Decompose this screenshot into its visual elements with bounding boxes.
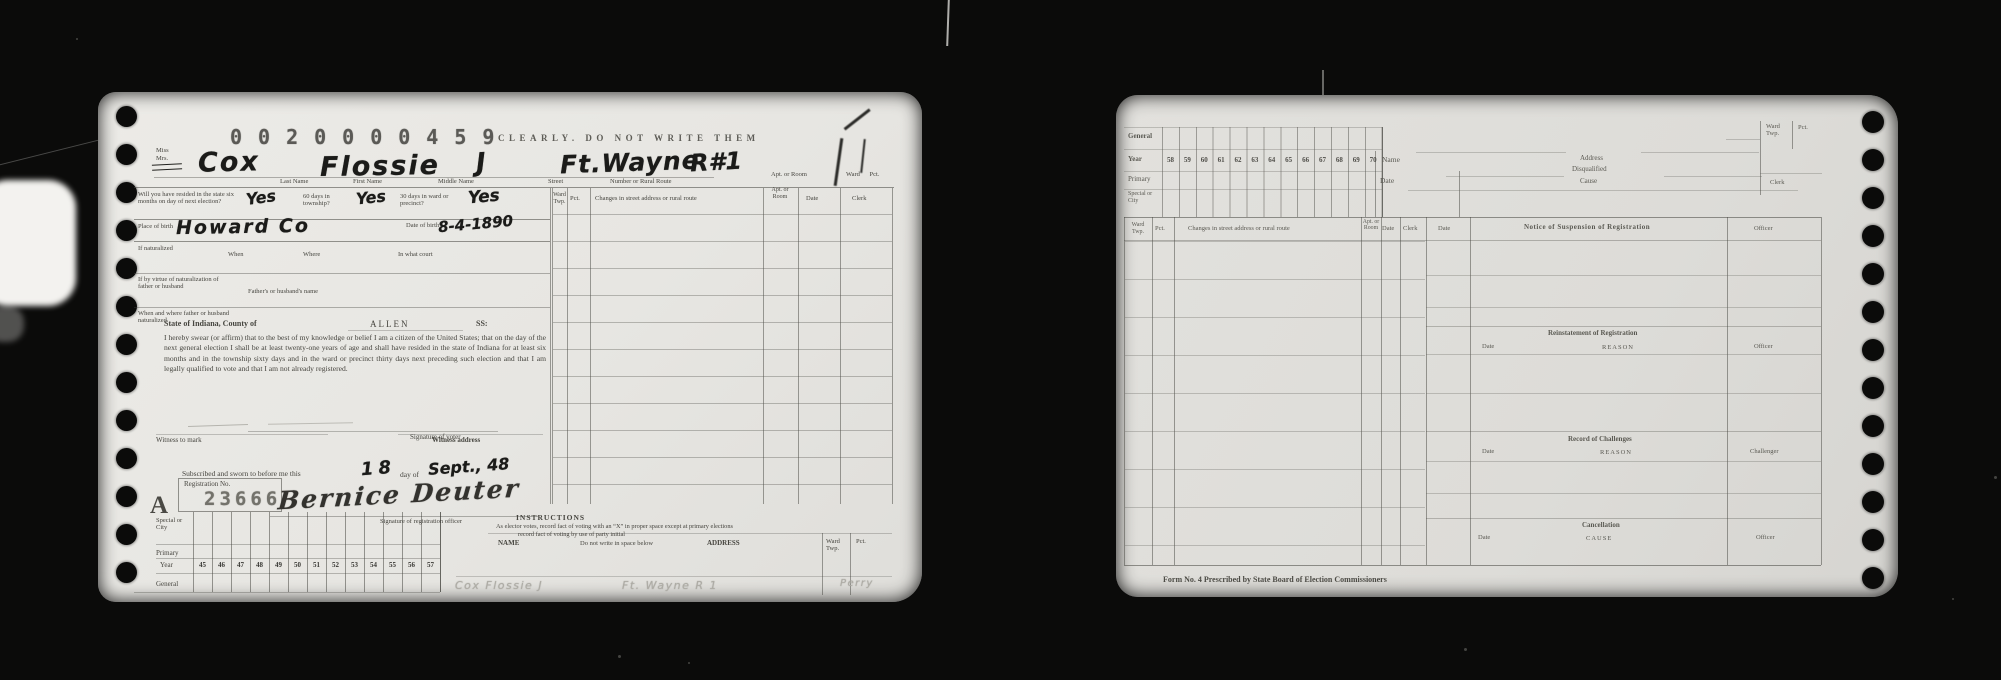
rule-line [134, 273, 550, 274]
rule-line [1124, 189, 1382, 190]
year-cells: 58596061626364656667686970 [1162, 156, 1382, 164]
year-label: Year [160, 562, 173, 570]
witness-address-label: Witness address [432, 437, 480, 445]
reinstatement-date-header: Date [1482, 343, 1494, 350]
rule-line [1426, 307, 1821, 308]
sprocket-holes-right [1862, 111, 1884, 589]
signature-line [248, 431, 498, 432]
in-what-court-label: In what court [398, 251, 433, 258]
challenges-title: Record of Challenges [1568, 436, 1632, 444]
address-column-label: ADDRESS [707, 540, 740, 548]
rule-line [1470, 217, 1471, 565]
sprocket-holes-left [116, 106, 137, 583]
suspension-date-header: Date [1438, 225, 1450, 232]
rule-line [1426, 326, 1821, 327]
rule-line [1426, 275, 1821, 276]
do-not-write-note: CLEARLY. DO NOT WRITE THEM [498, 133, 760, 143]
cancellation-officer-header: Officer [1756, 534, 1775, 541]
residency-question-2: 60 days in township? [303, 193, 351, 208]
grid-clerk-header: Clerk [852, 195, 866, 202]
rule-line [1641, 152, 1759, 153]
year-label: Year [1128, 156, 1142, 164]
pencil-address-entry: Ft. Wayne R 1 [622, 579, 718, 592]
residency-question-1: Will you have resided in the state six m… [138, 191, 242, 206]
grid-date-header: Date [806, 195, 818, 202]
grid-pct-header: Pct. [1155, 225, 1165, 232]
oath-lead: State of Indiana, County of [164, 320, 257, 329]
pencil-smudge [268, 422, 353, 424]
date-of-birth-handwritten: 8-4-1890 [437, 212, 513, 236]
rule-line [1426, 518, 1821, 519]
rule-line [1426, 493, 1821, 494]
prefix-mrs: Mrs. [156, 155, 169, 163]
form-footer: Form No. 4 Prescribed by State Board of … [1163, 576, 1387, 585]
when-label: When [228, 251, 244, 258]
place-of-birth-label: Place of birth [138, 223, 174, 230]
rule-line [348, 330, 463, 331]
ward-twp-column-label: Ward Twp. [826, 538, 850, 553]
table-bottom-line [1124, 565, 1821, 566]
general-label: General [156, 581, 178, 589]
rule-line [156, 558, 440, 559]
label-last-name: Last Name [280, 178, 308, 185]
oath-body: I hereby swear (or affirm) that to the b… [164, 333, 546, 375]
grid-pct-header: Pct. [570, 195, 580, 202]
pencil-township-entry: Perry [840, 578, 874, 589]
cancellation-date-header: Date [1478, 534, 1490, 541]
reinstatement-officer-header: Officer [1754, 343, 1773, 350]
rule-line [134, 241, 550, 242]
challenges-date-header: Date [1482, 448, 1494, 455]
rule-line [156, 573, 440, 574]
label-street: Street [548, 178, 563, 185]
corner-clerk-label: Clerk [1770, 179, 1784, 186]
sworn-day-handwritten: 18 [360, 457, 396, 480]
general-label: General [1128, 133, 1152, 141]
voter-registration-card-front: 0020000459 CLEARLY. DO NOT WRITE THEM Mi… [98, 92, 922, 602]
dust-speck [76, 38, 78, 40]
instructions-line1: As elector votes, record fact of voting … [496, 523, 878, 530]
corner-pct-label: Pct. [1798, 124, 1808, 131]
grid-row-lines [553, 214, 892, 505]
rule-line [1459, 171, 1460, 217]
prefix-strike-mark [152, 163, 182, 171]
rule-line [134, 592, 440, 593]
rule-line [1664, 176, 1762, 177]
prefix-labels: Miss Mrs. [156, 147, 169, 163]
label-apt-room: Apt. or Room [771, 171, 807, 178]
grid-ward-header: Ward Twp. [552, 192, 567, 205]
film-light-blob [0, 180, 76, 306]
pen-mark [844, 108, 871, 130]
microfilm-scan: 0020000459 CLEARLY. DO NOT WRITE THEM Mi… [0, 0, 2001, 680]
grid-apt-header: Apt. or Room [1362, 219, 1380, 232]
dust-speck [1952, 598, 1954, 600]
rule-line [1760, 173, 1822, 174]
middle-name-handwritten: J [475, 148, 487, 179]
pct-column-label: Pct. [856, 538, 866, 545]
instructions-title: INSTRUCTIONS [516, 514, 585, 522]
challenges-reason-header: REASON [1600, 449, 1632, 456]
voter-registration-card-back: General Year Primary Special or City 585… [1116, 95, 1898, 597]
where-label: Where [303, 251, 320, 258]
witness-to-mark-label: Witness to mark [156, 437, 202, 445]
place-of-birth-handwritten: Howard Co [176, 215, 310, 239]
suspension-officer-header: Officer [1754, 225, 1773, 232]
pencil-name-entry: Cox Flossie J [455, 579, 543, 592]
year-cells: 45464748495051525354555657 [193, 561, 440, 569]
grid-ward-header: Ward Twp. [1125, 222, 1151, 235]
rule-line [822, 533, 823, 595]
registration-officer-signature: Bernice Deuter [277, 474, 521, 516]
rule-line [488, 533, 892, 534]
last-name-handwritten: Cox [198, 146, 261, 179]
oath-ss: SS: [476, 320, 488, 329]
oath-county-value: ALLEN [370, 319, 410, 329]
residency-answer-1: Yes [245, 186, 277, 209]
grid-date-header: Date [1382, 225, 1394, 232]
rule-line [1124, 149, 1382, 150]
reinstatement-reason-header: REASON [1602, 344, 1634, 351]
pencil-smudge [188, 424, 248, 427]
rule-line [1426, 461, 1821, 462]
rule-line [550, 188, 551, 504]
grid-changes-header: Changes in street address or rural route [595, 195, 697, 202]
grid-row-lines [1125, 241, 1425, 565]
reinstatement-title: Reinstatement of Registration [1548, 330, 1637, 338]
rule-line [456, 576, 892, 577]
witness-mark-line [156, 434, 328, 435]
cancellation-title: Cancellation [1582, 522, 1620, 530]
rule-line [1426, 354, 1821, 355]
street-handwritten: Ft.Wayne [560, 146, 700, 180]
film-scratch-diagonal [0, 139, 102, 167]
label-first-name: First Name [353, 178, 382, 185]
serial-number-stamp: 0020000459 [230, 125, 510, 149]
rule-line [1416, 152, 1566, 153]
pen-mark [860, 139, 866, 173]
grid-clerk-header: Clerk [1403, 225, 1417, 232]
rule-line [1426, 393, 1821, 394]
primary-label: Primary [1128, 176, 1151, 184]
route-handwritten: R#1 [689, 147, 742, 178]
label-ward-pct: Ward Pct. [846, 171, 879, 178]
residency-answer-2: Yes [355, 186, 387, 208]
father-husband-name-label: Father's or husband's name [248, 288, 318, 295]
naturalization-father-label: If by virtue of naturalization of father… [138, 276, 220, 291]
cause-label: Cause [1580, 178, 1597, 186]
stamp-letter-a: A [150, 492, 168, 520]
rule-line [1727, 217, 1728, 565]
film-scratch-top [946, 0, 950, 46]
rule-line [156, 544, 440, 545]
dust-speck [1464, 648, 1467, 651]
dust-speck [688, 662, 690, 664]
grid-apt-header: Apt. or Room [766, 187, 794, 200]
rule-line [1408, 190, 1798, 191]
residency-answer-3: Yes [467, 186, 500, 209]
voting-year-grid [1162, 127, 1383, 217]
rule-line [134, 307, 550, 308]
name-label: Name [1382, 156, 1400, 164]
date-label: Date [1380, 177, 1394, 185]
do-not-write-below-label: Do not write in space below [580, 540, 653, 547]
suspension-title: Notice of Suspension of Registration [1524, 224, 1650, 232]
registration-no-value: 23666 [204, 488, 281, 510]
rule-line [892, 188, 893, 504]
rule-line [1375, 151, 1376, 217]
prefix-miss: Miss [156, 147, 169, 155]
date-of-birth-label: Date of birth [406, 222, 442, 229]
film-light-blob-small [0, 306, 24, 342]
rule-line [1792, 121, 1793, 149]
rule-line [1760, 121, 1761, 195]
rule-line [1821, 217, 1822, 565]
name-column-label: NAME [498, 540, 519, 548]
disqualified-label: Disqualified [1572, 166, 1607, 174]
table-top-line [1124, 217, 1821, 218]
cancellation-cause-header: CAUSE [1586, 535, 1612, 542]
if-naturalized-label: If naturalized [138, 245, 188, 252]
label-middle-name: Middle Name [438, 178, 474, 185]
rule-line [1426, 431, 1821, 432]
voting-year-grid [193, 512, 441, 592]
pen-mark [834, 138, 843, 186]
rule-line [1446, 176, 1564, 177]
rule-line [1124, 127, 1382, 128]
dust-speck [1994, 476, 1997, 479]
challenges-challenger-header: Challenger [1750, 448, 1779, 455]
special-or-city-label: Special or City [1128, 191, 1158, 204]
rule-line [1726, 139, 1760, 140]
dust-speck [618, 655, 621, 658]
grid-changes-header: Changes in street address or rural route [1188, 225, 1290, 232]
primary-label: Primary [156, 550, 179, 558]
label-route: Number or Rural Route [610, 178, 672, 185]
rule-line [1124, 171, 1382, 172]
witness-address-line [398, 434, 543, 435]
address-label: Address [1580, 155, 1603, 163]
special-or-city-label: Special or City [156, 517, 190, 532]
residency-question-3: 30 days in ward or precinct? [400, 193, 462, 208]
rule-line [1426, 217, 1427, 565]
corner-ward-twp-label: Ward Twp. [1766, 123, 1792, 138]
